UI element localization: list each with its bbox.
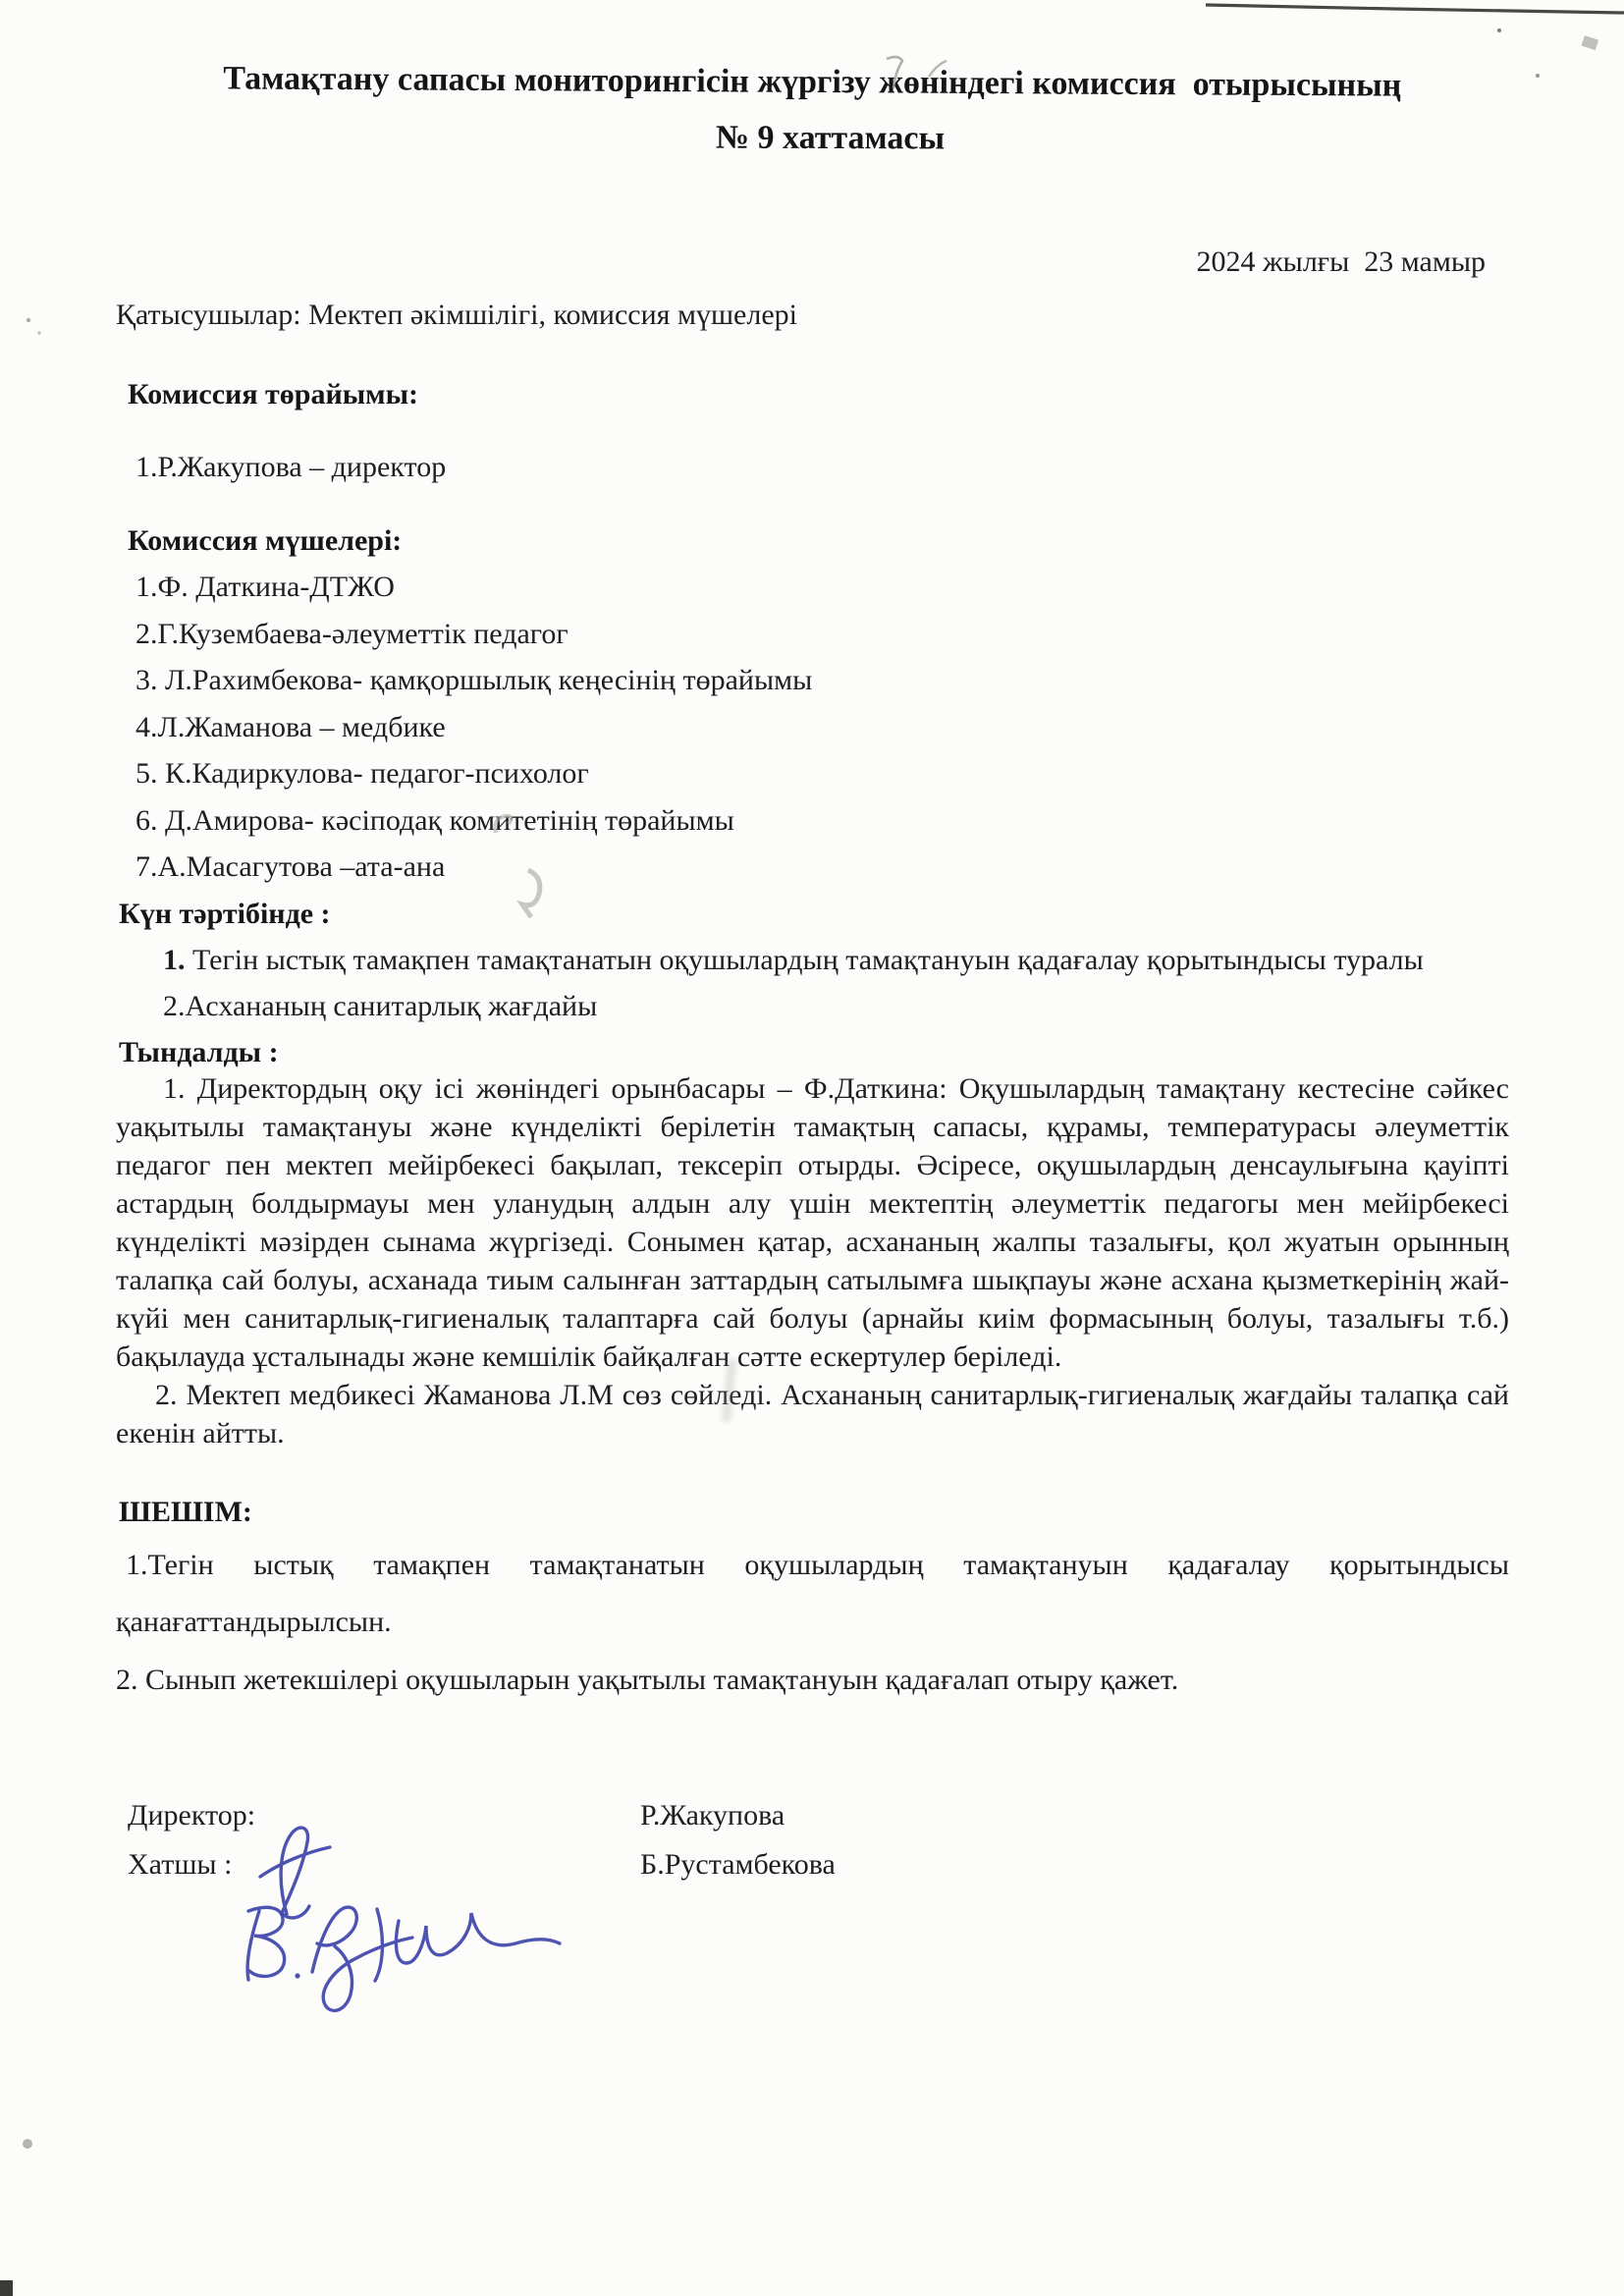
director-name: Р.Жакупова [640,1792,785,1838]
member-line: 1.Ф. Даткина-ДТЖО [135,564,1509,611]
participants-line: Қатысушылар: Мектеп әкімшілігі, комиссия… [116,292,1509,338]
secretary-label: Хатшы : [128,1848,232,1881]
signature-block: Директор: Р.Жакупова Хатшы : Б.Рустамбек… [128,1792,1509,1910]
decision-item-2: 2. Сынып жетекшілері оқушыларын уақытылы… [116,1652,1509,1710]
decision-heading: ШЕШІМ: [119,1488,1509,1537]
document-title-line1: Тамақтану сапасы мониторингісін жүргізу … [116,0,1510,114]
director-signature-row: Директор: Р.Жакупова [128,1792,1509,1838]
secretary-name: Б.Рустамбекова [640,1841,836,1887]
member-line: 6. Д.Амирова- кәсіподақ комитетінің төра… [135,797,1509,845]
secretary-signature-row: Хатшы : Б.Рустамбекова [128,1841,1509,1887]
agenda-item-1: 1. Тегін ыстық тамақпен тамақтанатын оқу… [116,937,1477,983]
document-title-line2: № 9 хаттамасы [134,108,1527,169]
scan-corner-mark [0,2280,13,2296]
heard-paragraph-1: 1. Директордың оқу ісі жөніндегі орынбас… [116,1069,1509,1376]
member-line: 3. Л.Рахимбекова- қамқоршылық кеңесінің … [135,657,1509,704]
member-line: 4.Л.Жаманова – медбике [135,704,1509,751]
document-content: Тамақтану сапасы мониторингісін жүргізу … [0,0,1624,1910]
director-label: Директор: [128,1799,255,1831]
scanned-protocol-document: Тамақтану сапасы мониторингісін жүргізу … [0,0,1624,2296]
member-line: 5. К.Кадиркулова- педагог-психолог [135,750,1509,797]
agenda-item-1-number: 1. [163,944,186,976]
heard-paragraph-2: 2. Мектеп медбикесі Жаманова Л.М сөз сөй… [116,1376,1509,1452]
agenda-heading: Күн тәртібінде : [119,891,1509,937]
secretary-signature [247,1907,560,2010]
chair-heading: Комиссия төрайымы: [128,371,1509,417]
scan-dot-5 [23,2139,32,2149]
heard-heading: Тындалды : [119,1029,1509,1075]
document-date: 2024 жылғы 23 мамыр [116,239,1509,285]
decision-item-1: 1.Тегін ыстық тамақпен тамақтанатын оқуш… [116,1537,1509,1652]
member-line: 2.Г.Кузембаева-әлеуметтік педагог [135,611,1509,658]
chair-entry: 1.Р.Жакупова – директор [135,444,1509,490]
agenda-item-2: 2.Асхананың санитарлық жағдайы [116,983,1509,1029]
agenda-item-1-text: Тегін ыстық тамақпен тамақтанатын оқушыл… [186,944,1424,976]
members-list: 1.Ф. Даткина-ДТЖО 2.Г.Кузембаева-әлеумет… [116,564,1509,891]
members-heading: Комиссия мүшелері: [128,518,1509,564]
member-line: 7.А.Масагутова –ата-ана [135,844,1509,891]
